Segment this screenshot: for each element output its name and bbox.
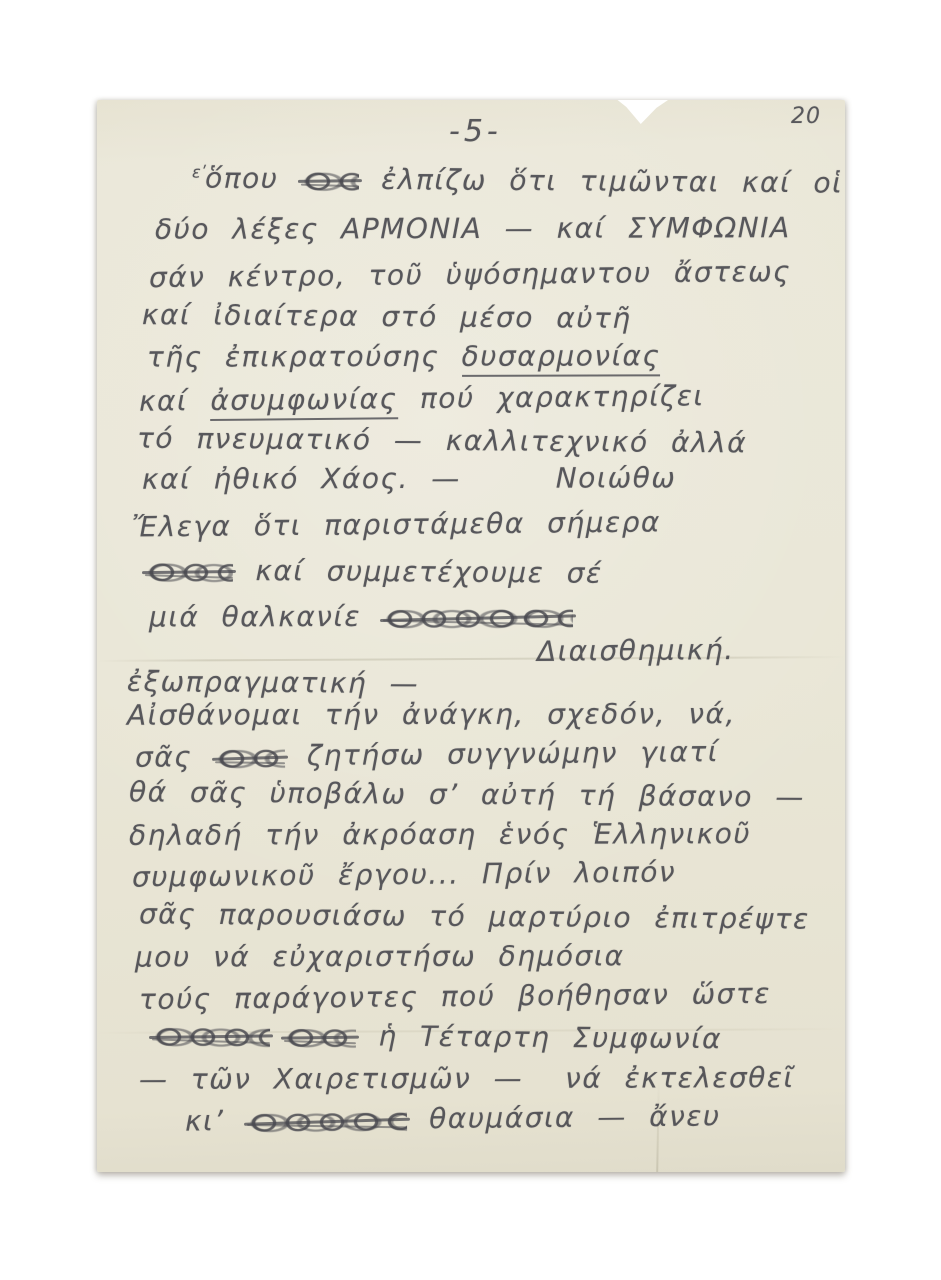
handwritten-text: θά σᾶς ὑποβάλω σ’ αὐτή τή βάσανο —	[129, 775, 805, 813]
handwritten-line: συμφωνικοῦ ἔργου... Πρίν λοιπόν	[132, 855, 676, 894]
handwritten-text: σᾶς	[135, 740, 215, 774]
handwritten-text: ὅπου	[205, 162, 301, 196]
handwritten-text: σάν κέντρο, τοῦ ὑψόσημαντου ἄστεως	[149, 255, 791, 294]
handwritten-text: τούς παράγοντες πού βοήθησαν ὥστε	[139, 977, 771, 1016]
handwritten-line: ἐξωπραγματική —	[127, 665, 419, 701]
handwritten-text: καί ἰδιαίτερα στό μέσο αὐτῆ	[142, 298, 632, 335]
handwritten-line: ἡ Τέταρτη Συμφωνία	[152, 1018, 722, 1056]
handwritten-line: σᾶς παρουσιάσω τό μαρτύριο ἐπιτρέψτε	[139, 897, 810, 936]
handwritten-text: καί ἠθικό Χάος. —	[142, 462, 461, 496]
handwritten-text: δηλαδή τήν ἀκρόαση ἑνός Ἑλληνικοῦ	[129, 817, 751, 852]
underlined-word: ἀσυμφωνίας	[210, 382, 398, 421]
handwritten-text: Αἰσθάνομαι τήν ἀνάγκη, σχεδόν, νά,	[127, 697, 736, 732]
handwritten-line: Διαισθημική.	[537, 633, 735, 669]
corner-number: 20	[791, 104, 821, 129]
handwritten-text: Ἔλεγα ὅτι παριστάμεθα σήμερα	[132, 505, 661, 543]
handwritten-line: καί ἀσυμφωνίας πού χαρακτηρίζει	[139, 379, 705, 418]
crossed-out-scribble	[152, 1023, 270, 1052]
crossed-out-scribble	[383, 604, 573, 632]
handwritten-line: δηλαδή τήν ἀκρόαση ἑνός Ἑλληνικοῦ	[129, 817, 751, 853]
handwritten-text: ζητήσω συγγνώμην γιατί	[284, 735, 718, 772]
handwritten-text: συμφωνικοῦ ἔργου... Πρίν λοιπόν	[132, 855, 676, 893]
manuscript-page: -5- 20 εʹὅπου ἐλπίζω ὅτι τιμῶνται καί οἱ…	[97, 100, 845, 1172]
handwritten-line: Ἔλεγα ὅτι παριστάμεθα σήμερα	[132, 505, 661, 544]
handwritten-line: Αἰσθάνομαι τήν ἀνάγκη, σχεδόν, νά,	[127, 697, 736, 733]
handwritten-text: τό πνευματικό — καλλιτεχνικό ἀλλά	[137, 422, 747, 460]
handwritten-text: — τῶν Χαιρετισμῶν —	[139, 1062, 523, 1096]
handwritten-text: ἐλπίζω ὅτι τιμῶνται καί οἱ	[359, 163, 843, 200]
handwritten-text: καί συμμετέχουμε σέ	[233, 554, 603, 590]
handwritten-line: εʹὅπου ἐλπίζω ὅτι τιμῶνται καί οἱ	[192, 155, 843, 200]
handwritten-line: μου νά εὐχαριστήσω δημόσια	[135, 939, 625, 974]
handwritten-line: τῆς ἐπικρατούσης δυσαρμονίας	[147, 339, 661, 374]
handwritten-line: καί ἰδιαίτερα στό μέσο αὐτῆ	[142, 298, 632, 336]
crossed-out-scribble	[145, 558, 233, 587]
crossed-out-scribble	[284, 1024, 356, 1053]
crossed-out-scribble	[214, 744, 284, 773]
underlined-word: δυσαρμονίας	[462, 339, 661, 377]
handwritten-line: σάν κέντρο, τοῦ ὑψόσημαντου ἄστεως	[149, 255, 791, 295]
handwritten-line: μιά θαλκανίε	[149, 599, 574, 634]
handwritten-text: Διαισθημική.	[537, 633, 735, 668]
handwritten-line: καί ἠθικό Χάος. —Νοιώθω	[142, 461, 676, 496]
handwritten-text: σᾶς παρουσιάσω τό μαρτύριο ἐπιτρέψτε	[139, 897, 810, 935]
handwritten-text: μου νά εὐχαριστήσω δημόσια	[135, 939, 625, 973]
page-number: -5-	[449, 114, 502, 149]
torn-edge-notch	[615, 100, 671, 124]
handwritten-line: σᾶς ζητήσω συγγνώμην γιατί	[135, 735, 719, 775]
crossed-out-scribble	[301, 167, 359, 195]
handwritten-text: Νοιώθω	[556, 461, 677, 494]
handwritten-text: ἡ Τέταρτη Συμφωνία	[356, 1019, 722, 1055]
insertion-mark: εʹ	[192, 162, 205, 181]
handwritten-text: κι’	[185, 1104, 247, 1138]
handwritten-text: καί	[139, 384, 211, 418]
handwritten-line: δύο λέξες ΑΡΜΟΝΙΑ — καί ΣΥΜΦΩΝΙΑ	[155, 211, 791, 247]
handwritten-text: ἐξωπραγματική —	[127, 665, 419, 700]
handwritten-text: δύο λέξες ΑΡΜΟΝΙΑ — καί ΣΥΜΦΩΝΙΑ	[155, 211, 791, 246]
handwritten-line: κι’ θαυμάσια — ἄνευ	[185, 1099, 721, 1138]
handwritten-line: τούς παράγοντες πού βοήθησαν ὥστε	[139, 977, 771, 1017]
handwritten-text: θαυμάσια — ἄνευ	[407, 1099, 721, 1135]
handwritten-line: τό πνευματικό — καλλιτεχνικό ἀλλά	[137, 422, 747, 461]
handwritten-line: θά σᾶς ὑποβάλω σ’ αὐτή τή βάσανο —	[129, 775, 805, 814]
handwritten-text: νά ἐκτελεσθεῖ	[565, 1061, 794, 1095]
handwritten-line: — τῶν Χαιρετισμῶν —νά ἐκτελεσθεῖ	[139, 1061, 795, 1097]
handwritten-text: τῆς ἐπικρατούσης	[147, 340, 462, 374]
handwritten-text: μιά θαλκανίε	[149, 600, 384, 634]
handwritten-text: πού χαρακτηρίζει	[397, 379, 704, 415]
crossed-out-scribble	[247, 1107, 407, 1137]
handwritten-line: καί συμμετέχουμε σέ	[145, 553, 603, 591]
